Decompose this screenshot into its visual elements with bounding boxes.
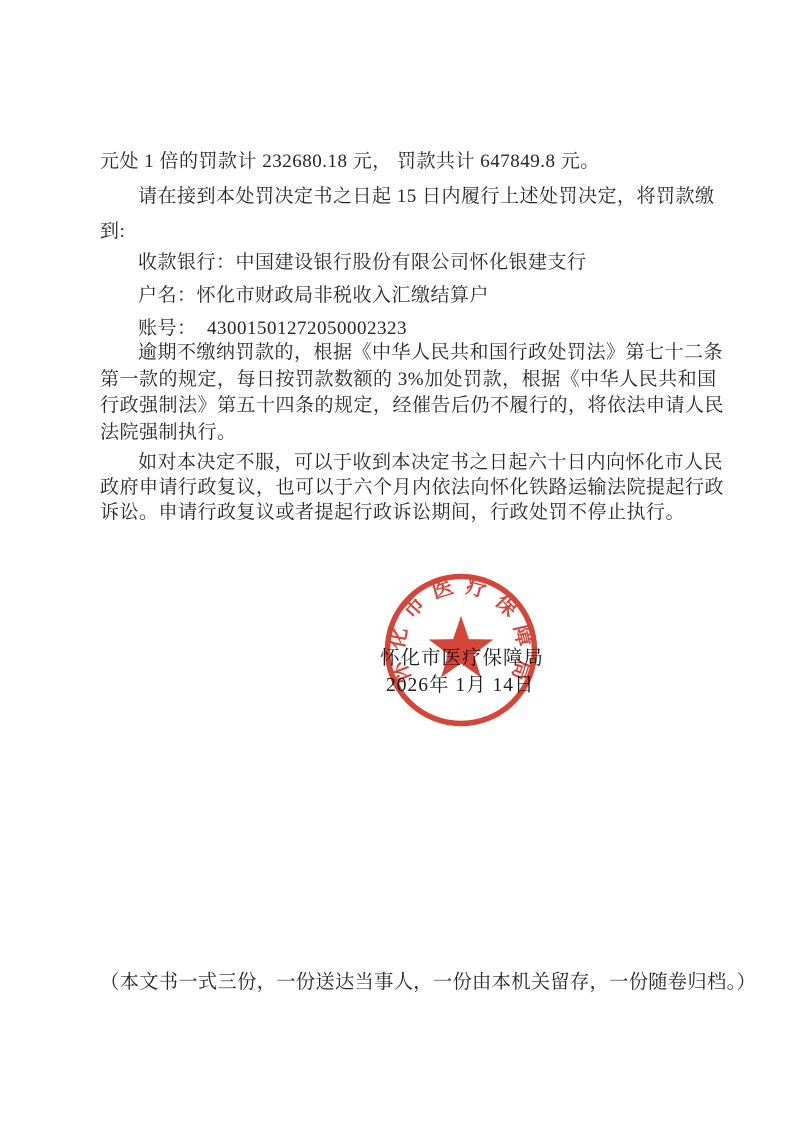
issue-date: 2026年 1月 14日 [386, 669, 535, 697]
account-name-line: 户名：怀化市财政局非税收入汇缴结算户 [100, 279, 587, 312]
body-line: 诉讼。申请行政复议或者提起行政诉讼期间，行政处罚不停止执行。 [100, 500, 724, 525]
issuing-agency-name: 怀化市医疗保障局 [380, 642, 544, 670]
penalty-decision-document-page: 元处 1 倍的罚款计 232680.18 元， 罚款共计 647849.8 元。… [0, 0, 793, 1122]
body-line: 如对本决定不服，可以于收到本决定书之日起六十日内向怀化市人民 [100, 450, 724, 475]
body-line: 请在接到本处罚决定书之日起 15 日内履行上述处罚决定，将罚款缴 [100, 179, 715, 214]
distribution-note: （本文书一式三份，一份送达当事人，一份由本机关留存，一份随卷归档。） [100, 966, 756, 994]
body-line: 行政强制法》第五十四条的规定，经催告后仍不履行的，将依法申请人民 [100, 393, 724, 420]
bank-name-line: 收款银行：中国建设银行股份有限公司怀化银建支行 [100, 246, 587, 279]
appeal-clause: 如对本决定不服，可以于收到本决定书之日起六十日内向怀化市人民 政府申请行政复议，… [100, 450, 724, 525]
body-line: 政府申请行政复议，也可以于六个月内依法向怀化铁路运输法院提起行政 [100, 475, 724, 500]
payment-details: 收款银行：中国建设银行股份有限公司怀化银建支行 户名：怀化市财政局非税收入汇缴结… [100, 246, 587, 345]
overdue-clause: 逾期不缴纳罚款的，根据《中华人民共和国行政处罚法》第七十二条 第一款的规定，每日… [100, 340, 724, 446]
body-line: 到: [100, 214, 715, 249]
body-line: 第一款的规定，每日按罚款数额的 3%加处罚款，根据《中华人民共和国 [100, 367, 724, 394]
body-line: 法院强制执行。 [100, 420, 724, 447]
body-line: 逾期不缴纳罚款的，根据《中华人民共和国行政处罚法》第七十二条 [100, 340, 724, 367]
body-line: 元处 1 倍的罚款计 232680.18 元， 罚款共计 647849.8 元。 [100, 144, 715, 179]
fine-paragraph: 元处 1 倍的罚款计 232680.18 元， 罚款共计 647849.8 元。… [100, 144, 715, 249]
